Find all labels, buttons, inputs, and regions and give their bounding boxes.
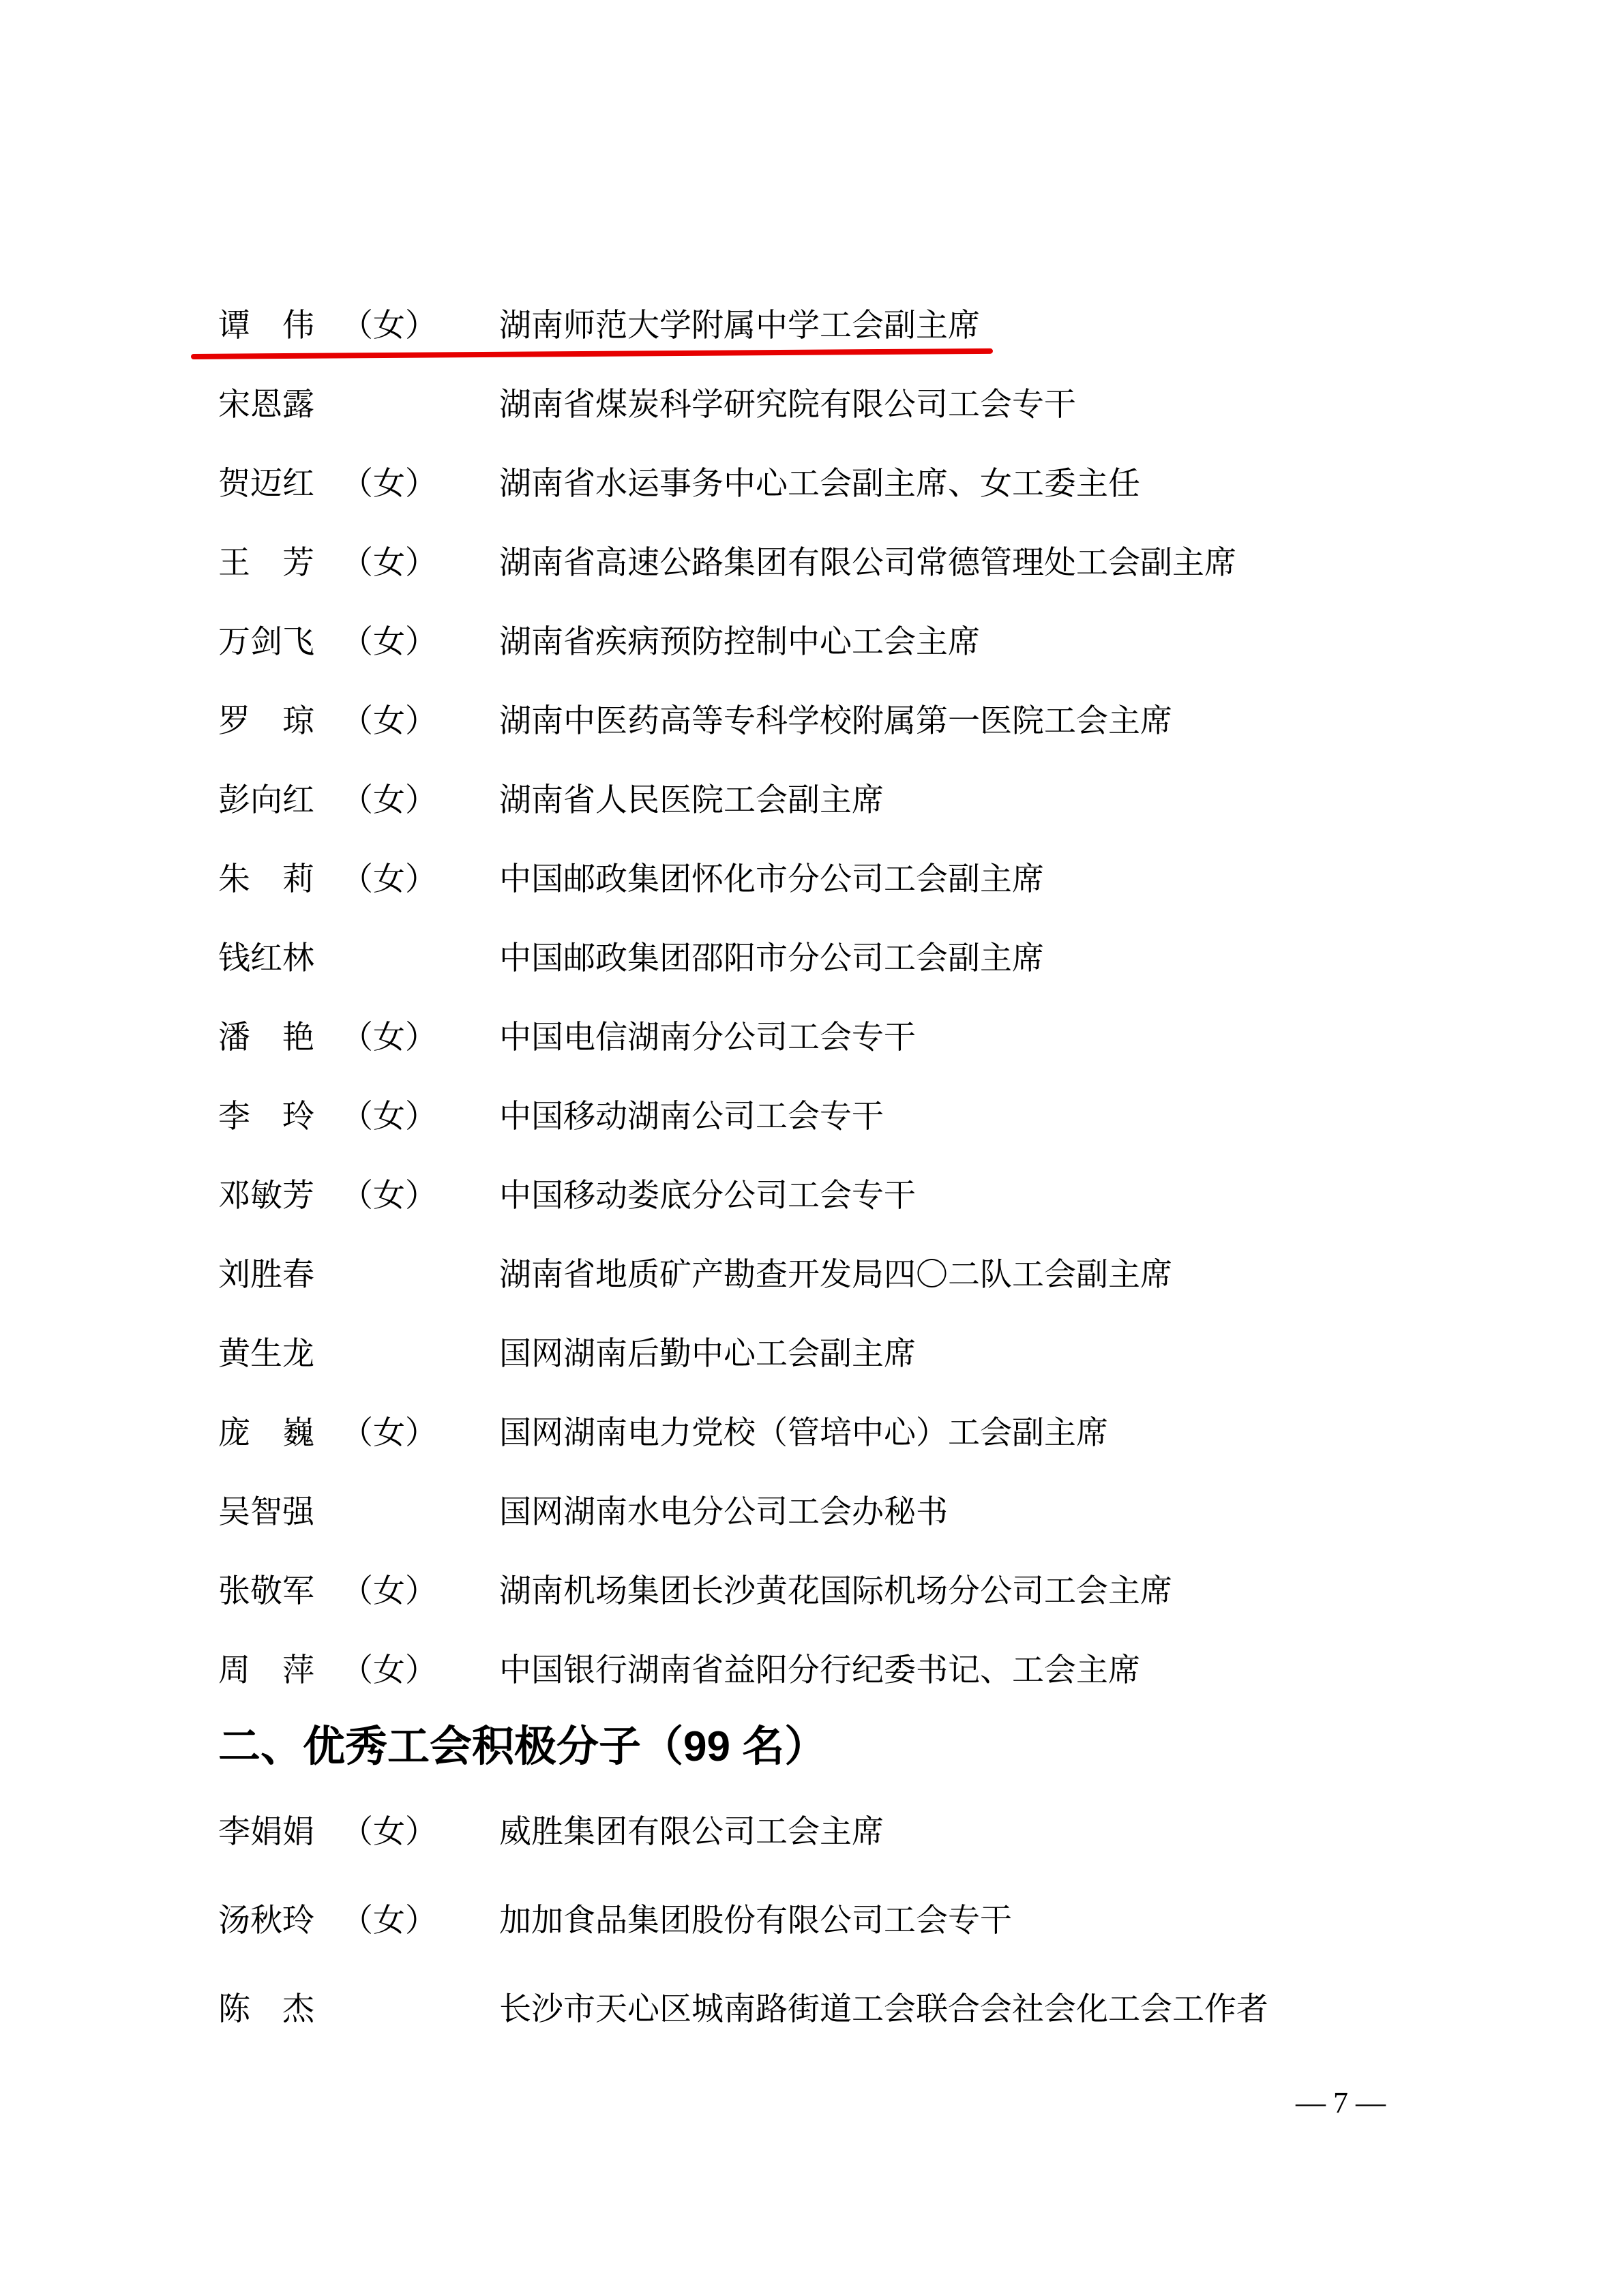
person-name: 张敬军 xyxy=(218,1576,341,1608)
list-item: 刘胜春 湖南省地质矿产勘查开发局四〇二队工会副主席 xyxy=(218,1236,1582,1315)
gender-label: （女） xyxy=(341,785,499,817)
gender-label: （女） xyxy=(341,706,499,738)
organization: 中国邮政集团怀化市分公司工会副主席 xyxy=(499,864,1582,896)
gender-label: （女） xyxy=(341,1655,499,1687)
list-item: 万剑飞 （女） 湖南省疾病预防控制中心工会主席 xyxy=(218,603,1582,682)
person-name: 万剑飞 xyxy=(218,627,341,659)
list-item: 钱红林 中国邮政集团邵阳市分公司工会副主席 xyxy=(218,919,1582,998)
list-item: 王 芳 （女） 湖南省高速公路集团有限公司常德管理处工会副主席 xyxy=(218,524,1582,603)
list-item: 宋恩露 湖南省煤炭科学研究院有限公司工会专干 xyxy=(218,366,1582,445)
person-name: 谭 伟 xyxy=(218,310,341,342)
person-name: 彭向红 xyxy=(218,785,341,817)
list-item: 汤秋玲 （女） 加加食品集团股份有限公司工会专干 xyxy=(218,1877,1582,1965)
person-name: 周 萍 xyxy=(218,1655,341,1687)
page-number: — 7 — xyxy=(1296,2088,1386,2118)
gender-label: （女） xyxy=(341,1101,499,1133)
organization: 湖南中医药高等专科学校附属第一医院工会主席 xyxy=(499,706,1582,738)
gender-label: （女） xyxy=(341,310,499,342)
person-name: 贺迈红 xyxy=(218,468,341,501)
list-item: 李娟娟 （女） 威胜集团有限公司工会主席 xyxy=(218,1788,1582,1877)
organization: 湖南省高速公路集团有限公司常德管理处工会副主席 xyxy=(499,548,1582,580)
gender-label: （女） xyxy=(341,1418,499,1450)
gender-label: （女） xyxy=(341,1817,499,1849)
gender-label: （女） xyxy=(341,864,499,896)
organization: 国网湖南电力党校（管培中心）工会副主席 xyxy=(499,1418,1582,1450)
organization: 国网湖南后勤中心工会副主席 xyxy=(499,1339,1582,1371)
person-name: 李娟娟 xyxy=(218,1817,341,1849)
organization: 威胜集团有限公司工会主席 xyxy=(499,1817,1582,1849)
gender-label: （女） xyxy=(341,1905,499,1937)
list-item: 李 玲 （女） 中国移动湖南公司工会专干 xyxy=(218,1077,1582,1157)
person-name: 朱 莉 xyxy=(218,864,341,896)
list-item: 黄生龙 国网湖南后勤中心工会副主席 xyxy=(218,1315,1582,1394)
gender-label: （女） xyxy=(341,627,499,659)
person-name: 庞 巍 xyxy=(218,1418,341,1450)
organization: 中国移动湖南公司工会专干 xyxy=(499,1101,1582,1133)
person-name: 汤秋玲 xyxy=(218,1905,341,1937)
organization: 湖南省人民医院工会副主席 xyxy=(499,785,1582,817)
list-item: 吴智强 国网湖南水电分公司工会办秘书 xyxy=(218,1473,1582,1552)
person-name: 刘胜春 xyxy=(218,1259,341,1292)
person-name: 黄生龙 xyxy=(218,1339,341,1371)
list-item: 朱 莉 （女） 中国邮政集团怀化市分公司工会副主席 xyxy=(218,840,1582,919)
person-name: 陈 杰 xyxy=(218,1994,341,2026)
list-item: 贺迈红 （女） 湖南省水运事务中心工会副主席、女工委主任 xyxy=(218,445,1582,524)
organization: 加加食品集团股份有限公司工会专干 xyxy=(499,1905,1582,1937)
organization: 湖南省地质矿产勘查开发局四〇二队工会副主席 xyxy=(499,1259,1582,1292)
person-name: 邓敏芳 xyxy=(218,1180,341,1212)
gender-label: （女） xyxy=(341,1022,499,1054)
person-name: 王 芳 xyxy=(218,548,341,580)
document-page: 谭 伟 （女） 湖南师范大学附属中学工会副主席 宋恩露 湖南省煤炭科学研究院有限… xyxy=(0,0,1623,2296)
list-item: 谭 伟 （女） 湖南师范大学附属中学工会副主席 xyxy=(218,286,1582,366)
organization: 国网湖南水电分公司工会办秘书 xyxy=(499,1497,1582,1529)
list-item: 潘 艳 （女） 中国电信湖南分公司工会专干 xyxy=(218,998,1582,1077)
gender-label: （女） xyxy=(341,548,499,580)
organization: 湖南机场集团长沙黄花国际机场分公司工会主席 xyxy=(499,1576,1582,1608)
list-item: 彭向红 （女） 湖南省人民医院工会副主席 xyxy=(218,761,1582,840)
organization: 中国银行湖南省益阳分行纪委书记、工会主席 xyxy=(499,1655,1582,1687)
organization: 湖南省水运事务中心工会副主席、女工委主任 xyxy=(499,468,1582,501)
organization: 湖南省煤炭科学研究院有限公司工会专干 xyxy=(499,389,1582,421)
list-item: 周 萍 （女） 中国银行湖南省益阳分行纪委书记、工会主席 xyxy=(218,1631,1582,1710)
person-name: 罗 琼 xyxy=(218,706,341,738)
organization: 长沙市天心区城南路街道工会联合会社会化工会工作者 xyxy=(499,1994,1582,2026)
gender-label: （女） xyxy=(341,1180,499,1212)
organization: 中国邮政集团邵阳市分公司工会副主席 xyxy=(499,943,1582,975)
list-item: 陈 杰 长沙市天心区城南路街道工会联合会社会化工会工作者 xyxy=(218,1965,1582,2054)
person-name: 潘 艳 xyxy=(218,1022,341,1054)
list-item: 邓敏芳 （女） 中国移动娄底分公司工会专干 xyxy=(218,1157,1582,1236)
person-name: 李 玲 xyxy=(218,1101,341,1133)
person-name: 钱红林 xyxy=(218,943,341,975)
gender-label: （女） xyxy=(341,468,499,501)
person-name: 宋恩露 xyxy=(218,389,341,421)
list-item: 张敬军 （女） 湖南机场集团长沙黄花国际机场分公司工会主席 xyxy=(218,1552,1582,1631)
organization: 中国移动娄底分公司工会专干 xyxy=(499,1180,1582,1212)
organization: 湖南师范大学附属中学工会副主席 xyxy=(499,310,1582,342)
document-content: 谭 伟 （女） 湖南师范大学附属中学工会副主席 宋恩露 湖南省煤炭科学研究院有限… xyxy=(218,286,1582,2054)
person-name: 吴智强 xyxy=(218,1497,341,1529)
section-heading: 二、优秀工会积极分子（99 名） xyxy=(218,1720,1582,1774)
list-item: 罗 琼 （女） 湖南中医药高等专科学校附属第一医院工会主席 xyxy=(218,682,1582,761)
list-item: 庞 巍 （女） 国网湖南电力党校（管培中心）工会副主席 xyxy=(218,1394,1582,1473)
organization: 中国电信湖南分公司工会专干 xyxy=(499,1022,1582,1054)
organization: 湖南省疾病预防控制中心工会主席 xyxy=(499,627,1582,659)
gender-label: （女） xyxy=(341,1576,499,1608)
